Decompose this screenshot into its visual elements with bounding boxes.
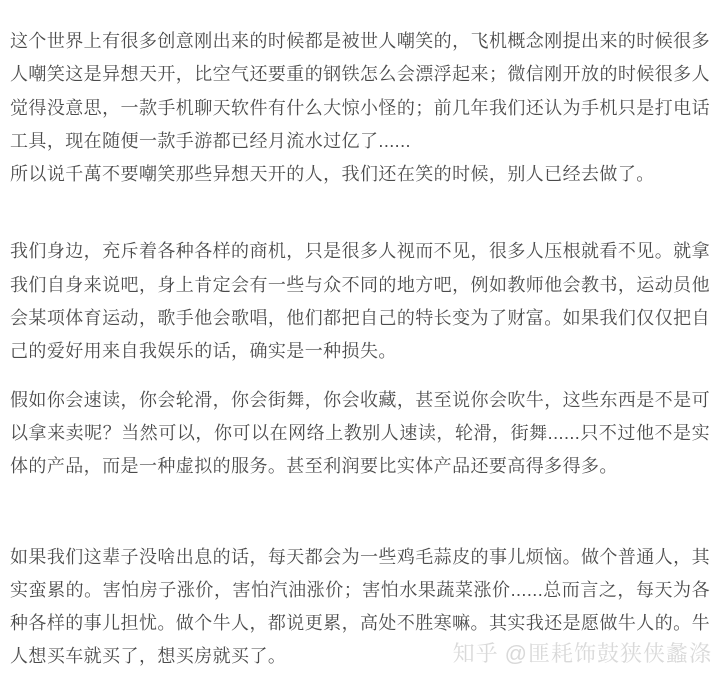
paragraph-3: 我们身边，充斥着各种各样的商机，只是很多人视而不见，很多人压根就看不见。就拿我们… <box>10 235 710 368</box>
paragraph-4: 假如你会速读，你会轮滑，你会街舞，你会收藏，甚至说你会吹牛，这些东西是不是可以拿… <box>10 384 710 484</box>
watermark-username: @匪耗饰鼓狭侠蠡涤 <box>505 641 712 666</box>
paragraph-2: 所以说千萬不要嘲笑那些异想天开的人，我们还在笑的时候，别人已经去做了。 <box>10 158 710 191</box>
article-body: 这个世界上有很多创意刚出来的时候都是被世人嘲笑的，飞机概念刚提出来的时候很多人嘲… <box>10 25 710 674</box>
zhihu-brand-label: 知乎 <box>453 641 499 666</box>
zhihu-watermark: 知乎@匪耗饰鼓狭侠蠡涤 <box>453 641 712 667</box>
paragraph-1: 这个世界上有很多创意刚出来的时候都是被世人嘲笑的，飞机概念刚提出来的时候很多人嘲… <box>10 25 710 158</box>
